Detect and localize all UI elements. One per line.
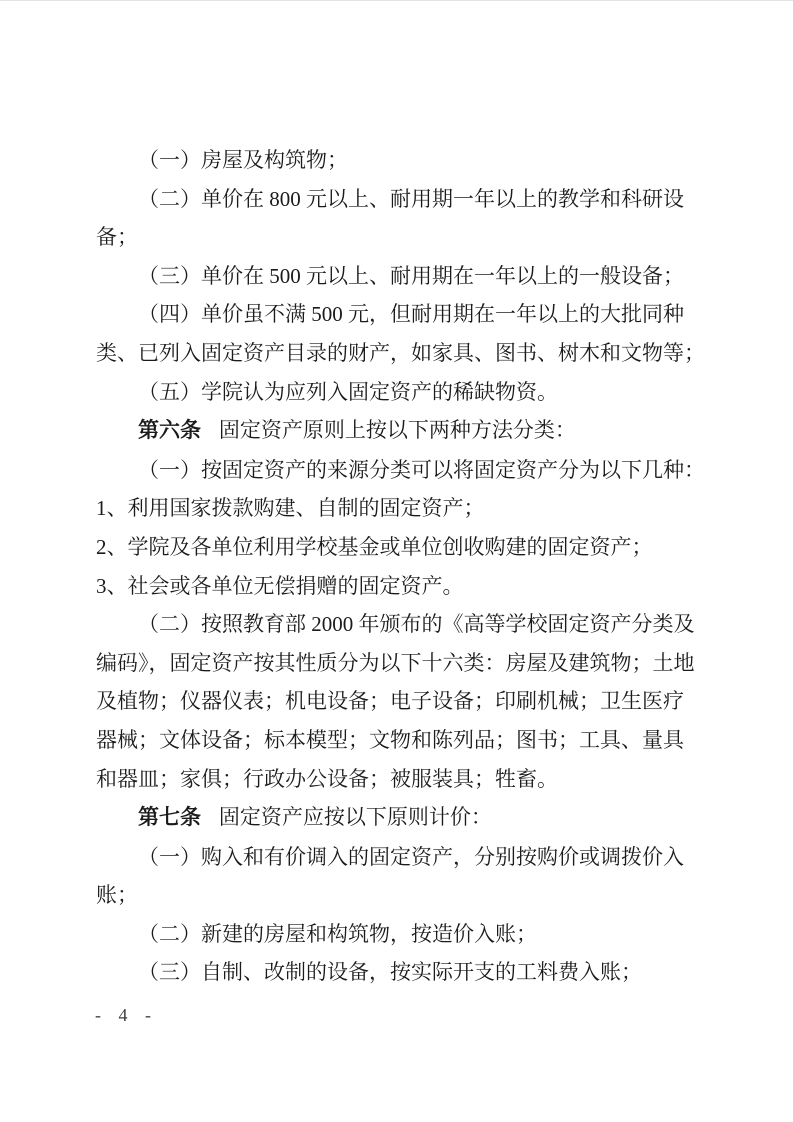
paragraph-text: （二）按照教育部 2000 年颁布的《高等学校固定资产分类及 编码》，固定资产按… [96,612,695,790]
paragraph: （三）自制、改制的设备，按实际开支的工料费入账； [96,953,708,992]
paragraph-text: （四）单价虽不满 500 元，但耐用期在一年以上的大批同种 类、已列入固定资产目… [96,302,705,365]
article-paragraph: 第六条固定资产原则上按以下两种方法分类： [96,411,708,451]
paragraph-text: （五）学院认为应列入固定资产的稀缺物资。 [138,380,558,404]
paragraph-text: （二）单价在 800 元以上、耐用期一年以上的教学和科研设 备； [96,187,684,250]
paragraph-text: （三）单价在 500 元以上、耐用期在一年以上的一般设备； [138,264,684,288]
paragraph-text: （一）按固定资产的来源分类可以将固定资产分为以下几种： [138,458,705,482]
paragraph: （一）购入和有价调入的固定资产，分别按购价或调拨价入 账； [96,838,708,915]
paragraph: （一）房屋及构筑物； [96,141,708,180]
paragraph: 3、社会或各单位无偿捐赠的固定资产。 [96,567,708,606]
paragraph-text: （三）自制、改制的设备，按实际开支的工料费入账； [138,960,642,984]
paragraph-text: （二）新建的房屋和构筑物，按造价入账； [138,922,537,946]
paragraph-text: （一）房屋及构筑物； [138,148,348,172]
page-footer: - 4 - [95,1003,157,1027]
paragraph: （二）按照教育部 2000 年颁布的《高等学校固定资产分类及 编码》，固定资产按… [96,605,708,798]
page-number: - 4 - [95,1005,157,1025]
article-paragraph: 第七条固定资产应按以下原则计价： [96,798,708,838]
paragraph-text: 固定资产应按以下原则计价： [219,805,492,829]
paragraph: （五）学院认为应列入固定资产的稀缺物资。 [96,373,708,412]
paragraph: （一）按固定资产的来源分类可以将固定资产分为以下几种： [96,451,708,490]
paragraph: 2、学院及各单位利用学校基金或单位创收购建的固定资产； [96,528,708,567]
article-number: 第六条 [138,419,201,442]
document-body: （一）房屋及构筑物；（二）单价在 800 元以上、耐用期一年以上的教学和科研设 … [96,141,708,992]
paragraph: 1、利用国家拨款购建、自制的固定资产； [96,489,708,528]
paragraph-text: 3、社会或各单位无偿捐赠的固定资产。 [96,574,464,598]
paragraph: （三）单价在 500 元以上、耐用期在一年以上的一般设备； [96,257,708,296]
paragraph: （四）单价虽不满 500 元，但耐用期在一年以上的大批同种 类、已列入固定资产目… [96,295,708,372]
paragraph-text: （一）购入和有价调入的固定资产，分别按购价或调拨价入 账； [96,845,684,908]
document-page: （一）房屋及构筑物；（二）单价在 800 元以上、耐用期一年以上的教学和科研设 … [0,0,793,1122]
paragraph-text: 2、学院及各单位利用学校基金或单位创收购建的固定资产； [96,535,653,559]
paragraph-text: 1、利用国家拨款购建、自制的固定资产； [96,496,485,520]
paragraph: （二）新建的房屋和构筑物，按造价入账； [96,915,708,954]
paragraph-text: 固定资产原则上按以下两种方法分类： [219,418,576,442]
paragraph: （二）单价在 800 元以上、耐用期一年以上的教学和科研设 备； [96,180,708,257]
article-number: 第七条 [138,806,201,829]
